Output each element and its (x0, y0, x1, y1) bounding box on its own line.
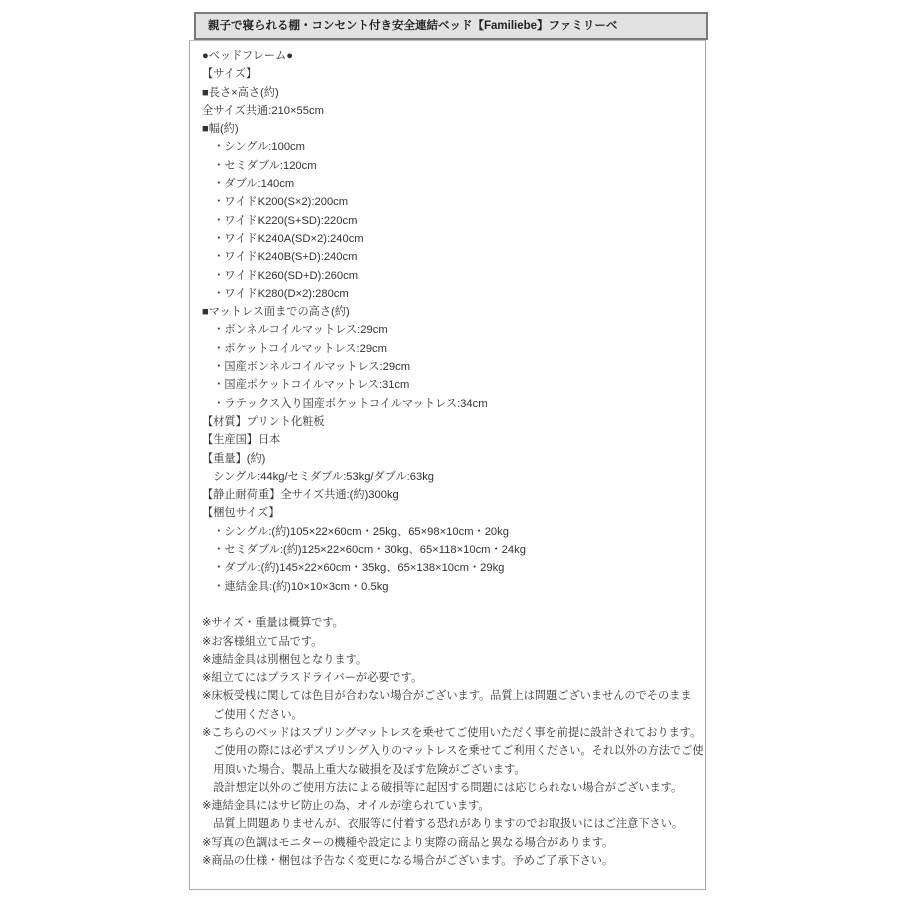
spec-line: ・国産ポケットコイルマットレス:31cm (202, 376, 697, 394)
spec-line: ※こちらのベッドはスプリングマットレスを乗せてご使用いただく事を前提に設計されて… (202, 724, 697, 742)
spec-line: ・ダブル:(約)145×22×60cm・35kg、65×138×10cm・29k… (202, 559, 697, 577)
spec-line: ・セミダブル:(約)125×22×60cm・30kg、65×118×10cm・2… (202, 541, 697, 559)
spec-line: ご使用ください。 (202, 706, 697, 724)
spec-line: ※写真の色調はモニターの機種や設定により実際の商品と異なる場合があります。 (202, 834, 697, 852)
spec-line: ・ワイドK240A(SD×2):240cm (202, 230, 697, 248)
spec-line: ・シングル:100cm (202, 138, 697, 156)
spec-line: ■長さ×高さ(約) (202, 84, 697, 102)
spec-line: ・ワイドK240B(S+D):240cm (202, 248, 697, 266)
spec-line: 設計想定以外のご使用方法による破損等に起因する問題には応じられない場合がございま… (202, 779, 697, 797)
spec-line: ・ポケットコイルマットレス:29cm (202, 340, 697, 358)
spec-line: 【重量】(約) (202, 450, 697, 468)
spec-line: 【材質】プリント化粧板 (202, 413, 697, 431)
spec-line: ・ワイドK280(D×2):280cm (202, 285, 697, 303)
spec-line: シングル:44kg/セミダブル:53kg/ダブル:63kg (202, 468, 697, 486)
spec-line: ・ボンネルコイルマットレス:29cm (202, 321, 697, 339)
spec-line: ・ワイドK220(S+SD):220cm (202, 212, 697, 230)
product-title-bar: 親子で寝られる棚・コンセント付き安全連結ベッド【Familiebe】ファミリーベ (194, 12, 708, 40)
spec-line: ■幅(約) (202, 120, 697, 138)
spec-line: ※お客様組立て品です。 (202, 633, 697, 651)
spec-line: ・セミダブル:120cm (202, 157, 697, 175)
spec-line: ・ダブル:140cm (202, 175, 697, 193)
spec-line: 用頂いた場合、製品上重大な破損を及ぼす危険がございます。 (202, 761, 697, 779)
product-spec-panel: 親子で寝られる棚・コンセント付き安全連結ベッド【Familiebe】ファミリーベ… (189, 12, 708, 890)
spec-line: ※商品の仕様・梱包は予告なく変更になる場合がございます。予めご了承下さい。 (202, 852, 697, 870)
spec-line: ・ワイドK260(SD+D):260cm (202, 267, 697, 285)
spec-line: ■マットレス面までの高さ(約) (202, 303, 697, 321)
spec-line: ※連結金具は別梱包となります。 (202, 651, 697, 669)
spec-line: ・ラテックス入り国産ポケットコイルマットレス:34cm (202, 395, 697, 413)
spec-body: ●ベッドフレーム●【サイズ】■長さ×高さ(約)全サイズ共通:210×55cm■幅… (189, 40, 706, 890)
spec-line: 【静止耐荷重】全サイズ共通:(約)300kg (202, 486, 697, 504)
spec-line: ・国産ボンネルコイルマットレス:29cm (202, 358, 697, 376)
spec-line: ※組立てにはプラスドライバーが必要です。 (202, 669, 697, 687)
spec-line: 品質上問題ありませんが、衣服等に付着する恐れがありますのでお取扱いにはご注意下さ… (202, 815, 697, 833)
spec-line: 全サイズ共通:210×55cm (202, 102, 697, 120)
spec-line: ※床板受桟に関しては色目が合わない場合がございます。品質上は問題ございませんので… (202, 687, 697, 705)
spec-line: ●ベッドフレーム● (202, 47, 697, 65)
spec-line: 【梱包サイズ】 (202, 504, 697, 522)
spec-line (202, 596, 697, 614)
spec-line: 【生産国】日本 (202, 431, 697, 449)
spec-line: ※サイズ・重量は概算です。 (202, 614, 697, 632)
spec-line: ・シングル:(約)105×22×60cm・25kg、65×98×10cm・20k… (202, 523, 697, 541)
product-title: 親子で寝られる棚・コンセント付き安全連結ベッド【Familiebe】ファミリーベ (208, 20, 617, 32)
spec-line: ※連結金具にはサビ防止の為、オイルが塗られています。 (202, 797, 697, 815)
spec-line: 【サイズ】 (202, 65, 697, 83)
spec-line: ご使用の際には必ずスプリング入りのマットレスを乗せてご利用ください。それ以外の方… (202, 742, 697, 760)
spec-line: ・ワイドK200(S×2):200cm (202, 193, 697, 211)
spec-line: ・連結金具:(約)10×10×3cm・0.5kg (202, 578, 697, 596)
